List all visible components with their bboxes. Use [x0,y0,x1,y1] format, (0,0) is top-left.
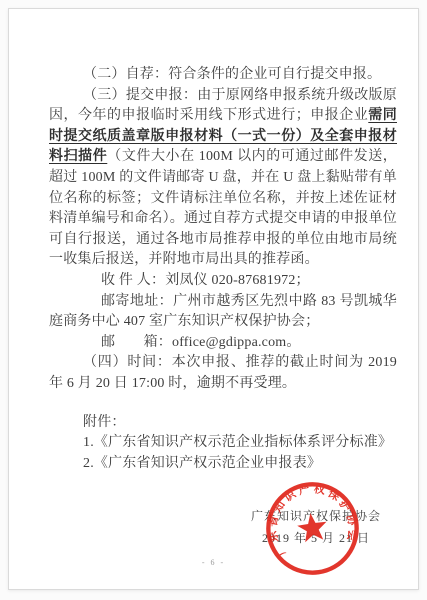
submit-text-prefix: （三）提交申报：由于原网络申报系统升级改版原因，今年的申报临时采用线下形式进行；… [49,88,397,124]
submit-text-suffix: （文件大小在 100M 以内的可通过邮件发送，超过 100M 的文件请邮寄 U … [49,149,397,267]
attachments-label: 附件： [49,413,397,434]
document-page: （二）自荐：符合条件的企业可自行提交申报。 （三）提交申报：由于原网络申报系统升… [8,8,419,590]
document-body: （二）自荐：符合条件的企业可自行提交申报。 （三）提交申报：由于原网络申报系统升… [49,65,397,474]
attachments-section: 附件： 1.《广东省知识产权示范企业指标体系评分标准》 2.《广东省知识产权示范… [49,413,397,475]
attachment-item-2: 2.《广东省知识产权示范企业申报表》 [49,454,397,475]
recipient-line: 收 件 人：刘凤仪 020-87681972； [49,271,397,292]
paragraph-self-recommend: （二）自荐：符合条件的企业可自行提交申报。 [49,65,397,86]
mail-address-line: 邮寄地址：广州市越秀区先烈中路 83 号凯城华庭商务中心 407 室广东知识产权… [49,292,397,333]
attachment-item-1: 1.《广东省知识产权示范企业指标体系评分标准》 [49,433,397,454]
paragraph-deadline: （四）时间：本次申报、推荐的截止时间为 2019 年 6 月 20 日 17:0… [49,353,397,394]
email-line: 邮 箱：office@gdippa.com。 [49,333,397,354]
paragraph-submit: （三）提交申报：由于原网络申报系统升级改版原因，今年的申报临时采用线下形式进行；… [49,86,397,271]
page-number: - 6 - [9,558,418,567]
star-icon [296,511,329,543]
